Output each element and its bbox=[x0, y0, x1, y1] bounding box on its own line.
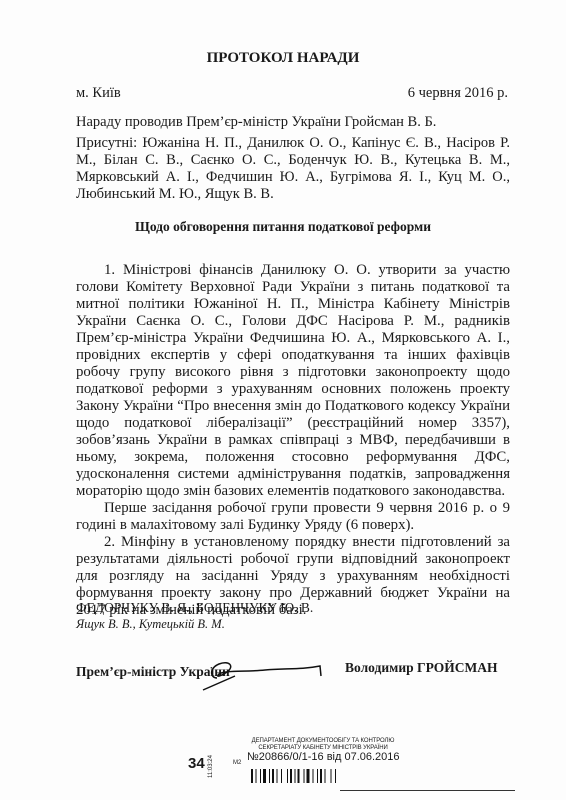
executors: ФЕДОРЧУКУ В. Я., БОДЕНЧУКУ Ю. В. Ящук В.… bbox=[76, 600, 313, 632]
paragraph-2: Перше засідання робочої групи провести 9… bbox=[76, 500, 510, 534]
paragraph-1: 1. Міністрові фінансів Данилюку О. О. ут… bbox=[76, 262, 510, 500]
page-number: 34 bbox=[188, 755, 205, 772]
subject-heading: Щодо обговорення питання податкової рефо… bbox=[0, 219, 566, 235]
timestamp: 11:03:24 bbox=[208, 755, 214, 778]
protocol-body: 1. Міністрові фінансів Данилюку О. О. ут… bbox=[76, 262, 510, 619]
stamp-mark: М2 bbox=[233, 760, 241, 766]
chaired-by: Нараду проводив Прем’єр-міністр України … bbox=[76, 114, 436, 131]
bottom-rule bbox=[340, 790, 515, 791]
handwritten-signature-icon bbox=[195, 648, 325, 698]
attendees: Присутні: Южаніна Н. П., Данилюк О. О., … bbox=[76, 135, 510, 203]
registration-number: №20866/0/1-16 від 07.06.2016 bbox=[247, 751, 413, 763]
city: м. Київ bbox=[76, 85, 121, 102]
registration-stamp: ДЕПАРТАМЕНТ ДОКУМЕНТООБІГУ ТА КОНТРОЛЮ С… bbox=[233, 738, 413, 763]
executors-secondary: Ящук В. В., Кутецькій В. М. bbox=[76, 616, 313, 632]
stamp-department: ДЕПАРТАМЕНТ ДОКУМЕНТООБІГУ ТА КОНТРОЛЮ bbox=[233, 738, 413, 745]
meeting-date: 6 червня 2016 р. bbox=[408, 85, 508, 102]
signatory-name: Володимир ГРОЙСМАН bbox=[345, 660, 497, 676]
executors-main: ФЕДОРЧУКУ В. Я., БОДЕНЧУКУ Ю. В. bbox=[76, 600, 313, 616]
document-title: ПРОТОКОЛ НАРАДИ bbox=[0, 50, 566, 67]
barcode-icon bbox=[251, 769, 373, 783]
